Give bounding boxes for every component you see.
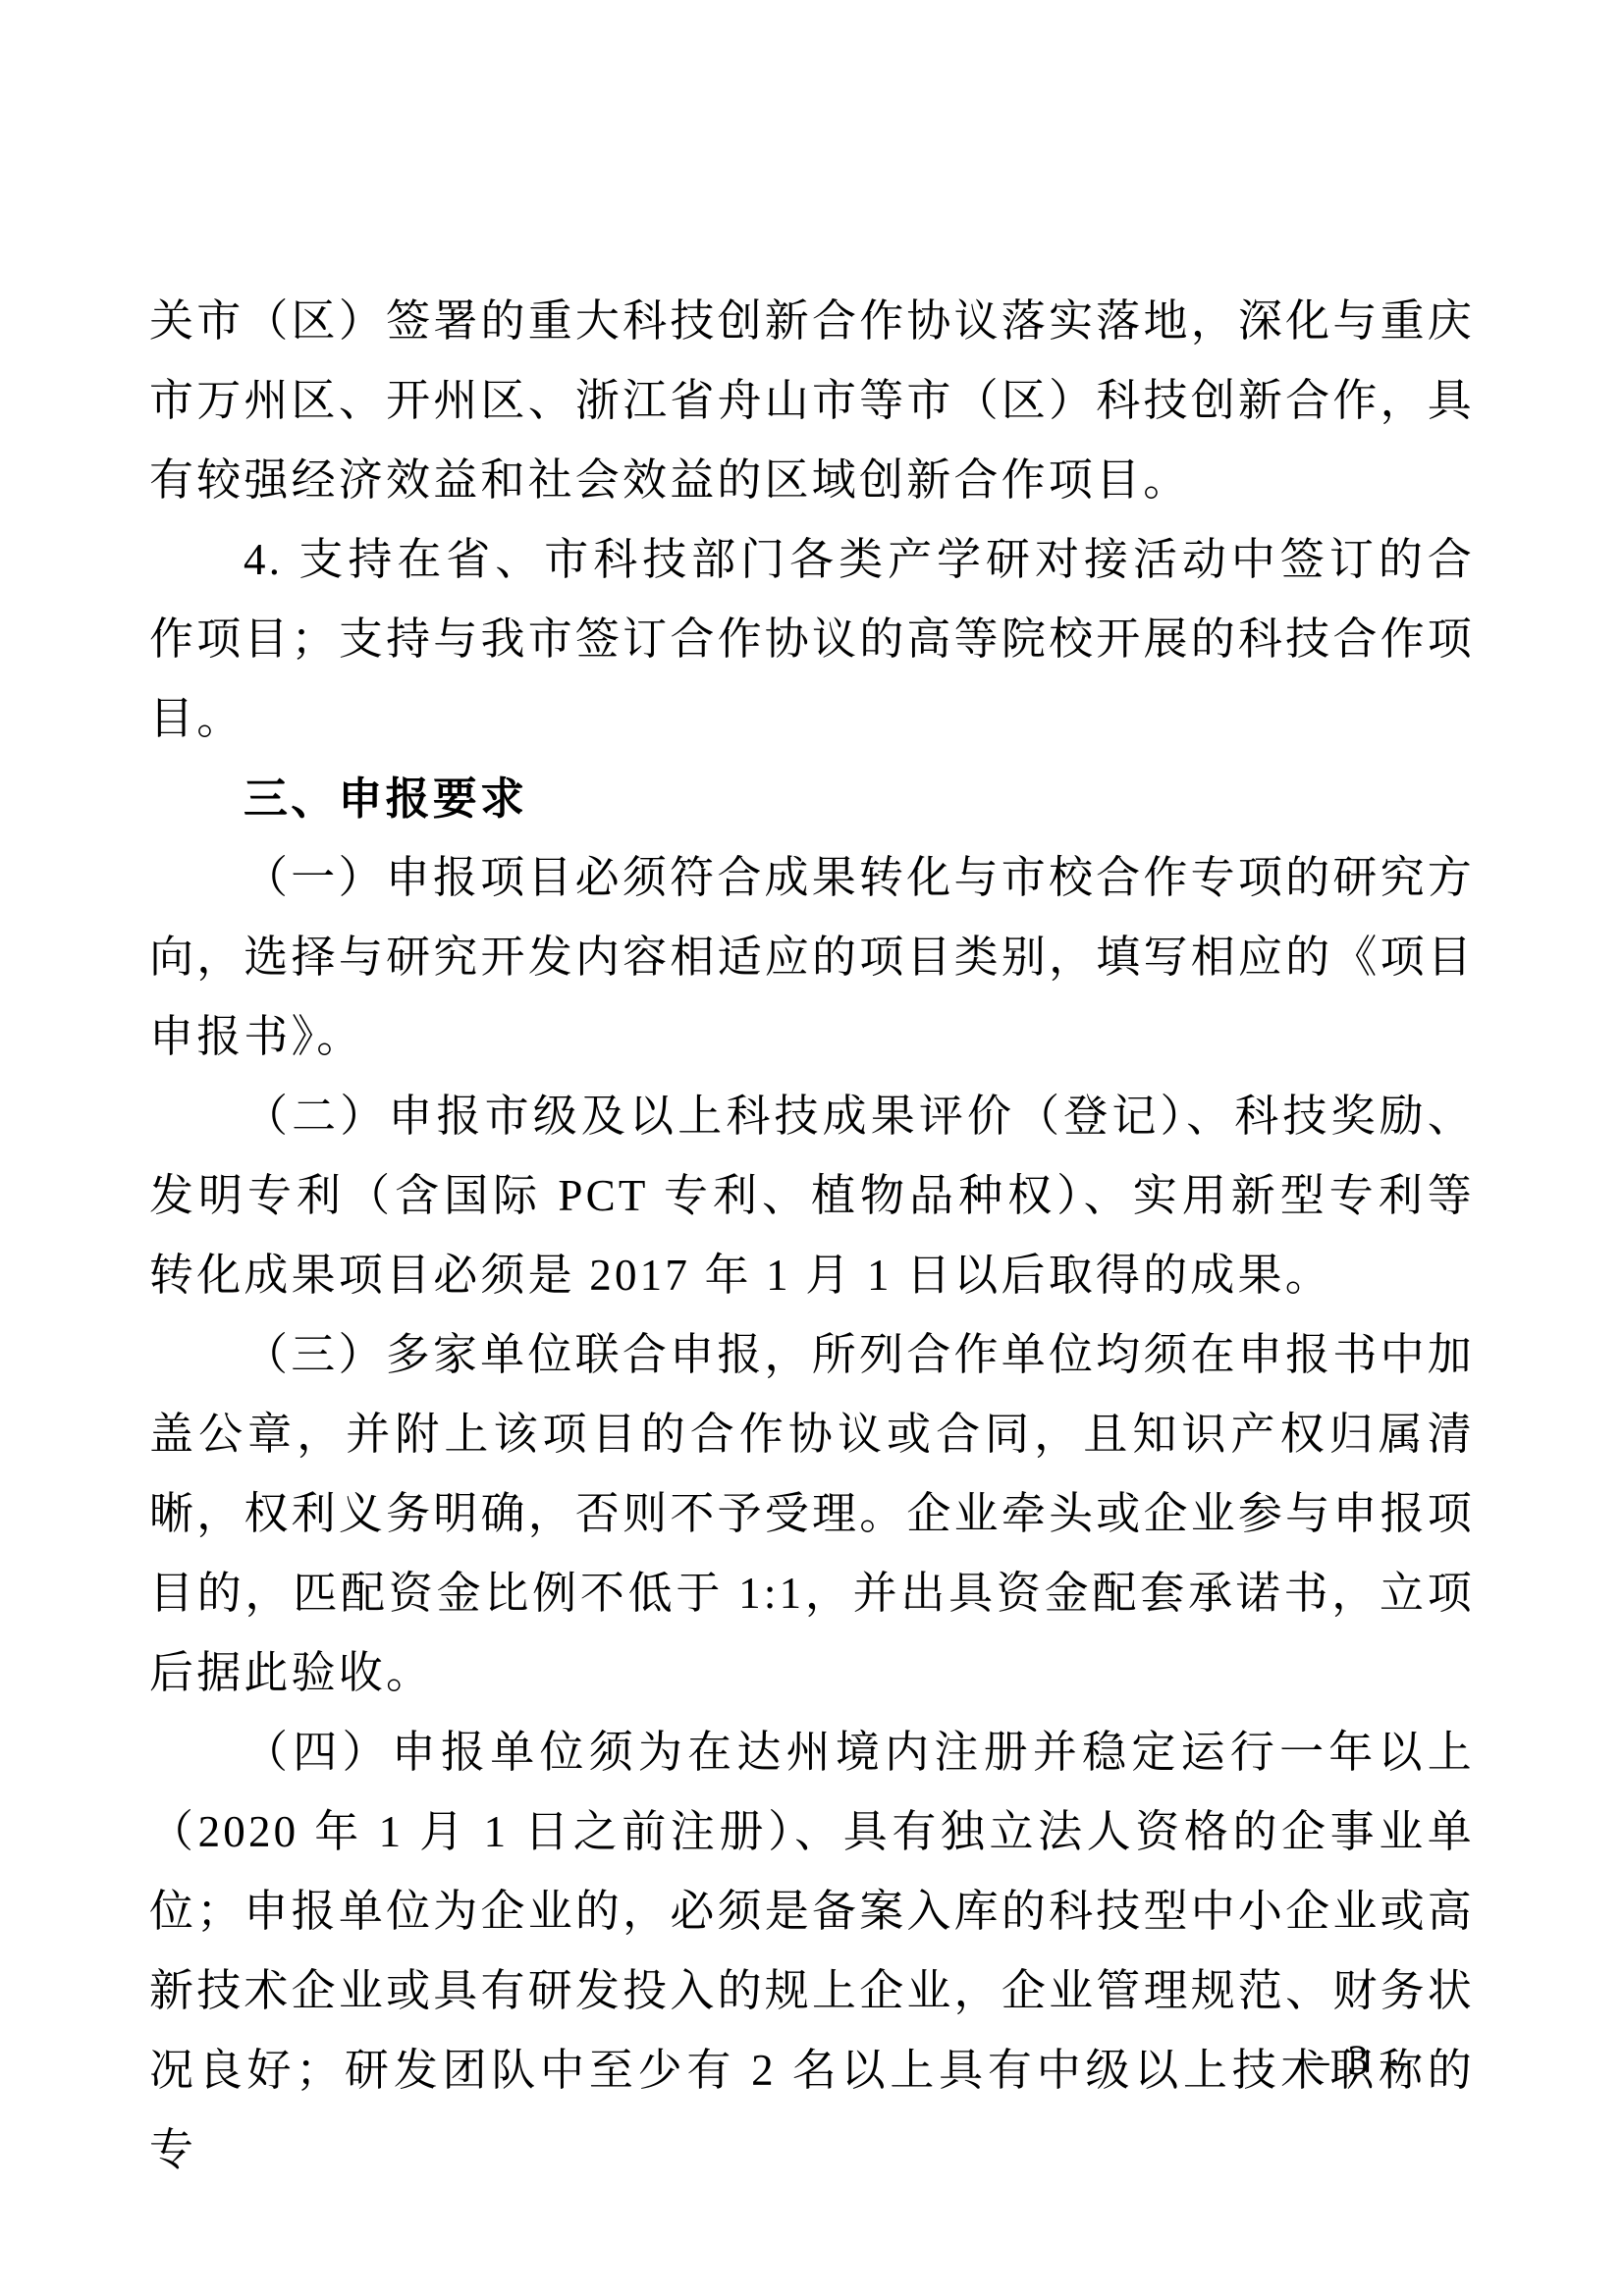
page-number: – 3 – <box>1308 2040 1412 2082</box>
paragraph-requirement-1: （一）申报项目必须符合成果转化与市校合作专项的研究方向，选择与研究开发内容相适应… <box>149 838 1475 1077</box>
paragraph-requirement-2: （二）申报市级及以上科技成果评价（登记）、科技奖励、发明专利（含国际 PCT 专… <box>149 1077 1475 1315</box>
paragraph-requirement-4: （四）申报单位须为在达州境内注册并稳定运行一年以上（2020 年 1 月 1 日… <box>149 1713 1475 2190</box>
document-content: 关市（区）签署的重大科技创新合作协议落实落地，深化与重庆市万州区、开州区、浙江省… <box>149 282 1475 2190</box>
paragraph-item-4: 4. 支持在省、市科技部门各类产学研对接活动中签订的合作项目；支持与我市签订合作… <box>149 520 1475 759</box>
paragraph-regional-cooperation: 关市（区）签署的重大科技创新合作协议落实落地，深化与重庆市万州区、开州区、浙江省… <box>149 282 1475 520</box>
section-heading-application-requirements: 三、申报要求 <box>149 759 1475 838</box>
document-page: 关市（区）签署的重大科技创新合作协议落实落地，深化与重庆市万州区、开州区、浙江省… <box>0 0 1624 2296</box>
paragraph-requirement-3: （三）多家单位联合申报，所列合作单位均须在申报书中加盖公章，并附上该项目的合作协… <box>149 1315 1475 1713</box>
